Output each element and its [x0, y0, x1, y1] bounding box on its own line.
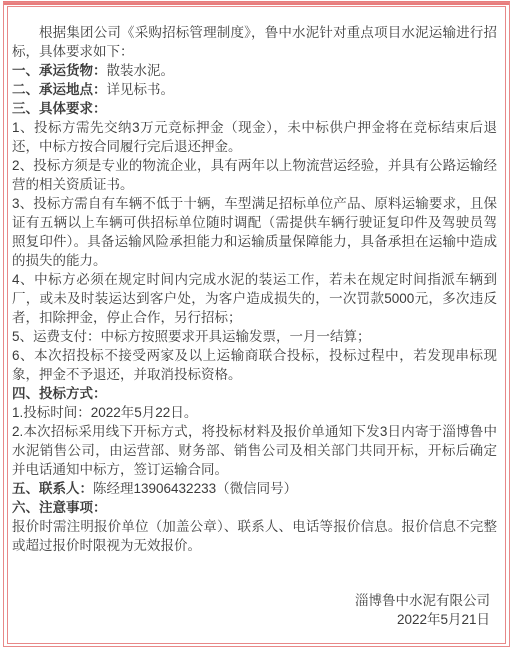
requirements-heading: 三、具体要求： [12, 99, 497, 118]
signature-block: 淄博鲁中水泥有限公司 2022年5月21日 [12, 591, 490, 629]
cargo-text: 散装水泥。 [107, 63, 175, 78]
cargo-label: 一、承运货物： [12, 63, 107, 78]
method-label: 四、投标方式： [12, 386, 107, 401]
requirement-item: 6、本次招投标不接受两家及以上运输商联合投标，投标过程中，若发现串标现象，押金不… [12, 346, 497, 384]
cargo-line: 一、承运货物：散装水泥。 [12, 61, 497, 80]
notes-label: 六、注意事项： [12, 500, 107, 515]
method-item: 2.本次招标采用线下开标方式，将投标材料及报价单通知下发3日内寄于淄博鲁中水泥销… [12, 422, 497, 479]
requirement-item: 2、投标方须是专业的物流企业，具有两年以上物流营运经验，并具有公路运输经营的相关… [12, 156, 497, 194]
notice-content: 根据集团公司《采购招标管理制度》，鲁中水泥针对重点项目水泥运输进行招标，具体要求… [0, 0, 513, 653]
location-label: 二、承运地点： [12, 82, 107, 97]
location-text: 详见标书。 [107, 82, 175, 97]
method-item: 1.投标时间：2022年5月22日。 [12, 403, 497, 422]
notes-heading: 六、注意事项： [12, 498, 497, 517]
notes-text: 报价时需注明报价单位（加盖公章）、联系人、电话等报价信息。报价信息不完整或超过报… [12, 517, 497, 555]
requirement-item: 1、投标方需先交纳3万元竞标押金（现金），未中标供户押金将在竞标结束后退还，中标… [12, 118, 497, 156]
signature-date: 2022年5月21日 [12, 610, 490, 629]
notice-page: 根据集团公司《采购招标管理制度》，鲁中水泥针对重点项目水泥运输进行招标，具体要求… [0, 0, 513, 653]
intro-paragraph: 根据集团公司《采购招标管理制度》，鲁中水泥针对重点项目水泥运输进行招标，具体要求… [12, 23, 497, 61]
location-line: 二、承运地点：详见标书。 [12, 80, 497, 99]
method-heading: 四、投标方式： [12, 384, 497, 403]
requirements-label: 三、具体要求： [12, 101, 107, 116]
signature-company: 淄博鲁中水泥有限公司 [12, 591, 490, 610]
requirement-item: 3、投标方需自有车辆不低于十辆，车型满足招标单位产品、原料运输要求，且保证有五辆… [12, 194, 497, 270]
requirement-item: 5、运费支付：中标方按照要求开具运输发票，一月一结算； [12, 327, 497, 346]
requirement-item: 4、中标方必须在规定时间内完成水泥的装运工作，若未在规定时间指派车辆到厂，或未及… [12, 270, 497, 327]
contact-label: 五、联系人： [12, 481, 93, 496]
contact-text: 陈经理13906432233（微信同号） [93, 481, 297, 496]
contact-line: 五、联系人：陈经理13906432233（微信同号） [12, 479, 497, 498]
